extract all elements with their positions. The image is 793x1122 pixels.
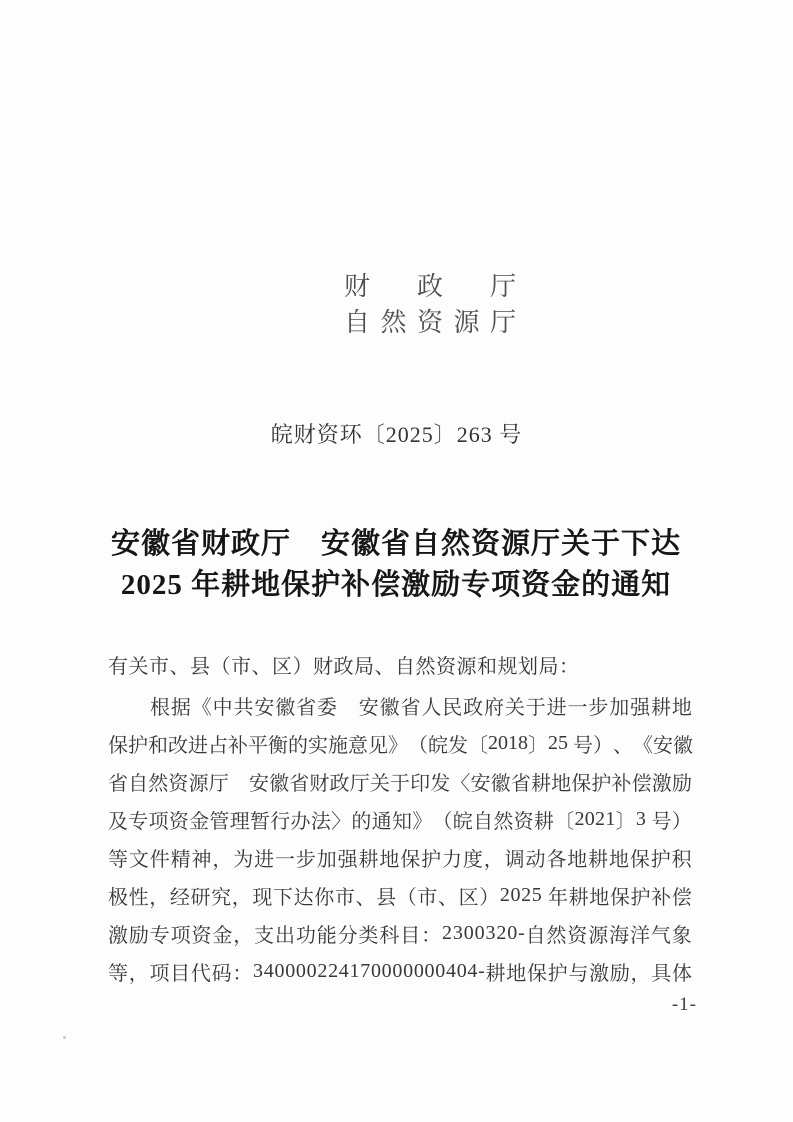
scanned-document-page: 财政厅 自然资源厅 皖财资环〔2025〕263 号 安徽省财政厅 安徽省自然资源… xyxy=(0,0,793,1122)
body-line: 保护和改进占补平衡的实施意见》（皖发〔2018〕25 号）、《安徽 xyxy=(108,724,692,762)
body-line: 及专项资金管理暂行办法〉的通知》（皖自然资耕〔2021〕3 号） xyxy=(108,800,692,838)
scan-artifact-speck xyxy=(63,1036,66,1039)
body-line: 极性，经研究，现下达你市、县（市、区）2025 年耕地保护补偿 xyxy=(108,876,692,914)
body-line: 等文件精神，为进一步加强耕地保护力度，调动各地耕地保护积 xyxy=(108,838,692,876)
letterhead-line-natural-resources-dept: 自然资源厅 xyxy=(344,302,516,338)
document-body: 有关市、县（市、区）财政局、自然资源和规划局： 根据《中共安徽省委 安徽省人民政… xyxy=(108,648,692,990)
letterhead-line-finance-dept: 财政厅 xyxy=(344,266,516,302)
document-title: 安徽省财政厅 安徽省自然资源厅关于下达 2025 年耕地保护补偿激励专项资金的通… xyxy=(104,524,688,606)
letterhead: 财政厅 自然资源厅 xyxy=(344,266,516,338)
body-line: 根据《中共安徽省委 安徽省人民政府关于进一步加强耕地 xyxy=(108,686,692,724)
salutation-line: 有关市、县（市、区）财政局、自然资源和规划局： xyxy=(108,648,692,686)
document-reference-number: 皖财资环〔2025〕263 号 xyxy=(0,418,793,449)
document-title-line-1: 安徽省财政厅 安徽省自然资源厅关于下达 xyxy=(104,524,688,565)
document-title-line-2: 2025 年耕地保护补偿激励专项资金的通知 xyxy=(104,565,688,606)
body-line: 等，项目代码：340000224170000000404-耕地保护与激励，具体 xyxy=(108,952,692,990)
page-number: -1- xyxy=(672,994,697,1016)
body-line: 激励专项资金，支出功能分类科目：2300320-自然资源海洋气象 xyxy=(108,914,692,952)
body-line: 省自然资源厅 安徽省财政厅关于印发〈安徽省耕地保护补偿激励 xyxy=(108,762,692,800)
